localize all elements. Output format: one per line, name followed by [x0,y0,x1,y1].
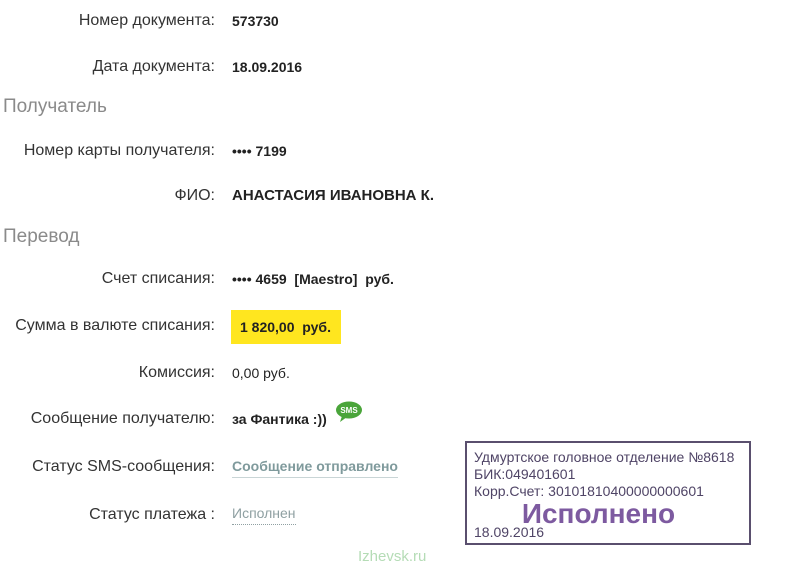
document-date-row: Дата документа: 18.09.2016 [0,55,787,79]
stamp-bank-branch: Удмуртское головное отделение №8618 [474,449,749,466]
fee-row: Комиссия: 0,00 руб. [0,361,787,385]
amount-row: Сумма в валюте списания: 1 820,00 руб. [0,314,787,338]
recipient-name-value: АНАСТАСИЯ ИВАНОВНА К. [232,184,434,208]
payment-status-label: Статус платежа : [89,503,215,527]
debit-account-row: Счет списания: •••• 4659 [Maestro] руб. [0,267,787,291]
transfer-section-title: Перевод [3,226,79,248]
message-value-wrap: за Фантика :)) SMS [232,407,363,431]
watermark: Izhevsk.ru [358,548,426,565]
recipient-card-row: Номер карты получателя: •••• 7199 [0,139,787,163]
recipient-name-label: ФИО: [174,184,215,208]
svg-text:SMS: SMS [340,406,358,415]
recipient-card-label: Номер карты получателя: [24,139,215,163]
payment-status-link[interactable]: Исполнен [232,503,296,525]
document-number-value: 573730 [232,9,279,33]
debit-account-value: •••• 4659 [Maestro] руб. [232,267,394,291]
sms-icon: SMS [335,401,363,423]
message-label: Сообщение получателю: [31,407,215,431]
stamp-bik: БИК:049401601 [474,466,749,483]
sms-status-label: Статус SMS-сообщения: [32,455,215,479]
document-number-label: Номер документа: [79,9,215,33]
fee-value: 0,00 руб. [232,361,290,385]
document-number-row: Номер документа: 573730 [0,9,787,33]
recipient-card-value: •••• 7199 [232,139,287,163]
document-date-value: 18.09.2016 [232,55,302,79]
recipient-name-row: ФИО: АНАСТАСИЯ ИВАНОВНА К. [0,184,787,208]
bank-stamp: Удмуртское головное отделение №8618 БИК:… [465,441,751,545]
fee-label: Комиссия: [139,361,215,385]
document-date-label: Дата документа: [93,55,215,79]
sms-status-link[interactable]: Сообщение отправлено [232,455,398,478]
recipient-section-title: Получатель [3,96,107,118]
amount-label: Сумма в валюте списания: [15,314,215,338]
message-row: Сообщение получателю: за Фантика :)) SMS [0,407,787,431]
message-value: за Фантика :)) [232,411,327,427]
amount-value: 1 820,00 руб. [231,310,341,344]
debit-account-label: Счет списания: [102,267,215,291]
